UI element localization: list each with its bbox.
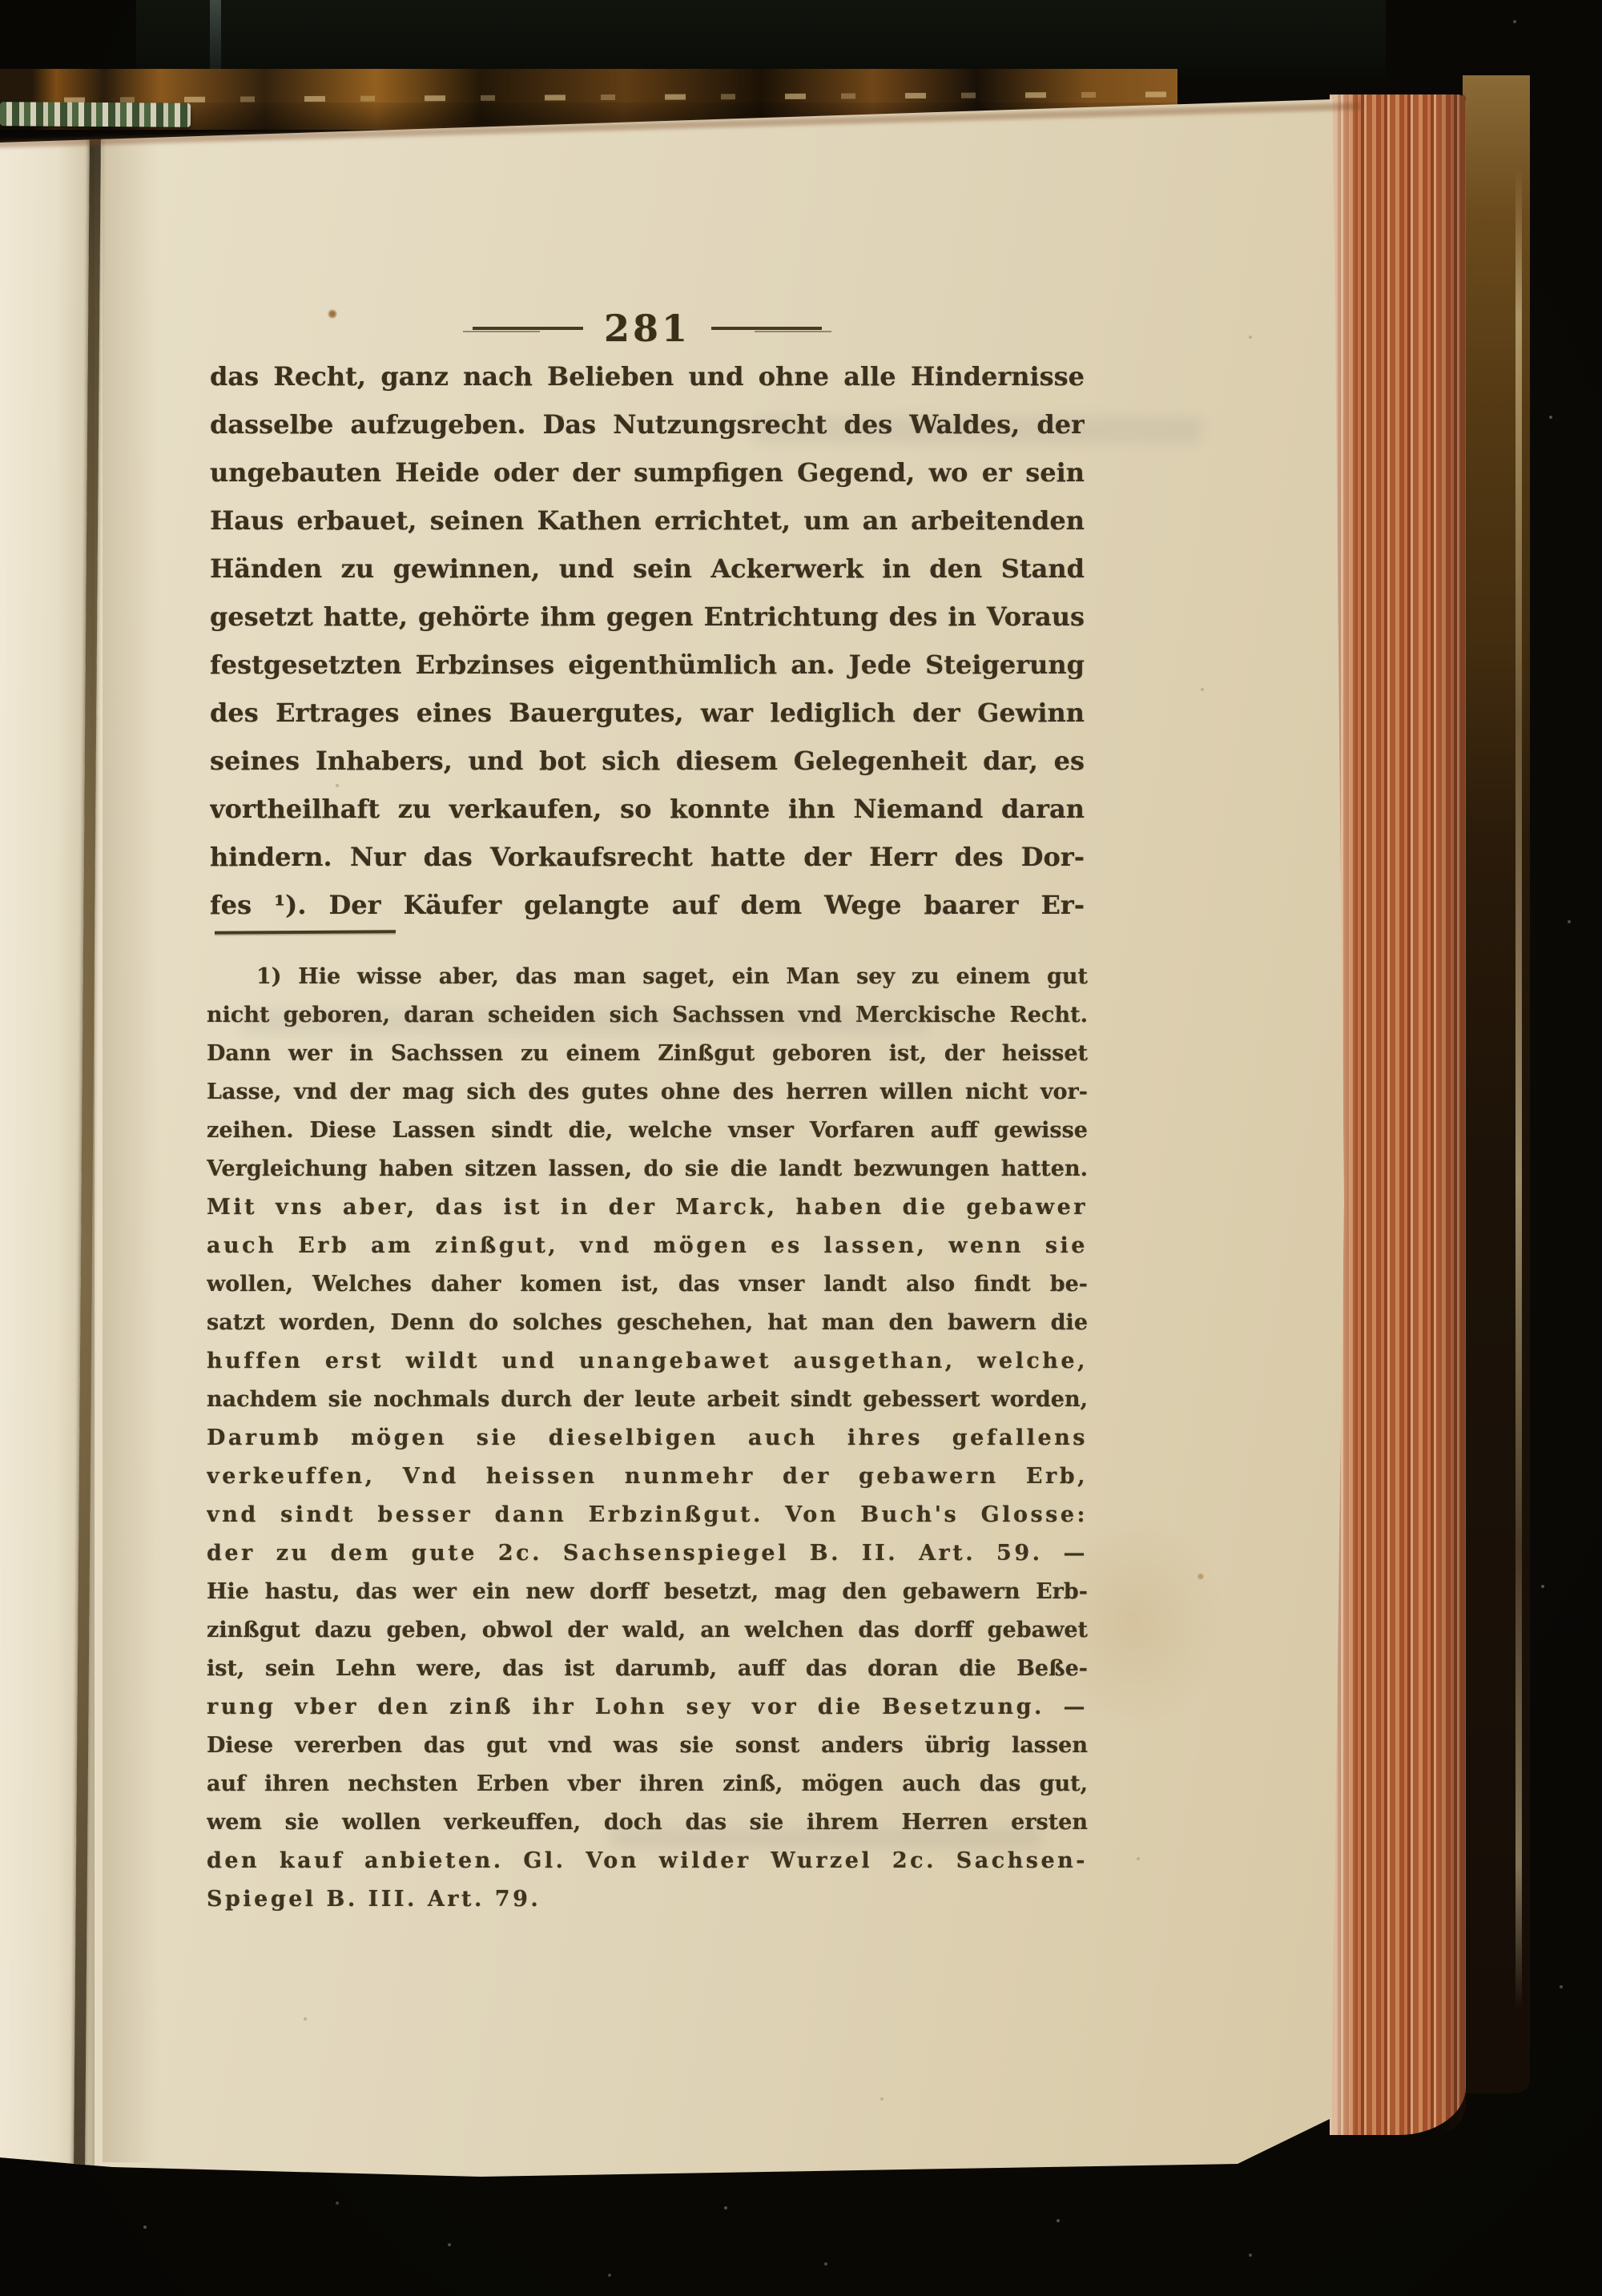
footnote-line: huffen erst wildt und unangebawet ausget… bbox=[207, 1342, 1088, 1381]
footnote-line: wem sie wollen verkeuffen, doch das sie … bbox=[207, 1803, 1088, 1842]
running-head: 281 bbox=[210, 306, 1085, 351]
footnote-line: auch Erb am zinßgut, vnd mögen es lassen… bbox=[207, 1227, 1088, 1265]
footnote-line: satzt worden, Denn do solches geschehen,… bbox=[207, 1304, 1088, 1342]
footnote-line: Hie hastu, das wer ein new dorff besetzt… bbox=[207, 1573, 1088, 1611]
footnote-line: 1) Hie wisse aber, das man saget, ein Ma… bbox=[207, 958, 1088, 996]
footnote-line: zeihen. Diese Lassen sindt die, welche v… bbox=[207, 1112, 1088, 1150]
background-speckles bbox=[0, 0, 2, 2]
footnote-line: ist, sein Lehn were, das ist darumb, auf… bbox=[207, 1650, 1088, 1688]
footnote-line: wollen, Welches daher komen ist, das vns… bbox=[207, 1265, 1088, 1304]
body-line: festgesetzten Erbzinses eigenthümlich an… bbox=[210, 641, 1085, 689]
gutter-shadow bbox=[103, 132, 159, 2162]
footnote-line: der zu dem gute 2c. Sachsenspiegel B. II… bbox=[207, 1534, 1088, 1573]
footnote-line: verkeuffen, Vnd heissen nunmehr der geba… bbox=[207, 1458, 1088, 1496]
footnote-line: nicht geboren, daran scheiden sich Sachs… bbox=[207, 996, 1088, 1035]
page-number: 281 bbox=[604, 307, 690, 350]
body-line: gesetzt hatte, gehörte ihm gegen Entrich… bbox=[210, 593, 1085, 641]
body-line: ungebauten Heide oder der sumpfigen Gege… bbox=[210, 448, 1085, 497]
footnote-line: Dann wer in Sachssen zu einem Zinßgut ge… bbox=[207, 1035, 1088, 1073]
cover-edge-highlight bbox=[1515, 168, 1522, 2010]
body-line: des Ertrages eines Bauergutes, war ledig… bbox=[210, 689, 1085, 737]
main-text-block: das Recht, ganz nach Belieben und ohne a… bbox=[210, 352, 1085, 929]
footnote-separator-rule bbox=[215, 930, 396, 934]
body-line: vortheilhaft zu verkaufen, so konnte ihn… bbox=[210, 785, 1085, 833]
body-line: das Recht, ganz nach Belieben und ohne a… bbox=[210, 352, 1085, 400]
footnote-line: nachdem sie nochmals durch der leute arb… bbox=[207, 1381, 1088, 1419]
footnote-line: den kauf anbieten. Gl. Von wilder Wurzel… bbox=[207, 1842, 1088, 1880]
body-line: fes ¹). Der Käufer gelangte auf dem Wege… bbox=[210, 881, 1085, 929]
footnote-line: rung vber den zinß ihr Lohn sey vor die … bbox=[207, 1688, 1088, 1727]
fore-edge-page-stack bbox=[1330, 94, 1466, 2135]
book-cover-top bbox=[136, 0, 1386, 77]
footnote-line: Vergleichung haben sitzen lassen, do sie… bbox=[207, 1150, 1088, 1188]
endband-weave bbox=[0, 102, 191, 127]
footnote-line: vnd sindt besser dann Erbzinßgut. Von Bu… bbox=[207, 1496, 1088, 1534]
body-line: dasselbe aufzugeben. Das Nutzungsrecht d… bbox=[210, 400, 1085, 448]
book-page-scan: 281 das Recht, ganz nach Belieben und oh… bbox=[0, 0, 1602, 2296]
footnote-line: auf ihren nechsten Erben vber ihren zinß… bbox=[207, 1765, 1088, 1803]
footnote-line: Mit vns aber, das ist in der Marck, habe… bbox=[207, 1188, 1088, 1227]
body-line: Haus erbauet, seinen Kathen errichtet, u… bbox=[210, 497, 1085, 545]
footnote-line: Lasse, vnd der mag sich des gutes ohne d… bbox=[207, 1073, 1088, 1112]
footnote-line: Darumb mögen sie dieselbigen auch ihres … bbox=[207, 1419, 1088, 1458]
body-line: Händen zu gewinnen, und sein Ackerwerk i… bbox=[210, 545, 1085, 593]
footnote-line: Spiegel B. III. Art. 79. bbox=[207, 1880, 1088, 1919]
footnote-block: 1) Hie wisse aber, das man saget, ein Ma… bbox=[207, 958, 1088, 1919]
footnote-line: zinßgut dazu geben, obwol der wald, an w… bbox=[207, 1611, 1088, 1650]
footnote-line: Diese vererben das gut vnd was sie sonst… bbox=[207, 1727, 1088, 1765]
body-line: hindern. Nur das Vorkaufsrecht hatte der… bbox=[210, 833, 1085, 881]
spine-highlight bbox=[210, 0, 221, 74]
body-line: seines Inhabers, und bot sich diesem Gel… bbox=[210, 737, 1085, 785]
header-dash-right bbox=[711, 327, 822, 330]
header-dash-left bbox=[473, 327, 583, 330]
